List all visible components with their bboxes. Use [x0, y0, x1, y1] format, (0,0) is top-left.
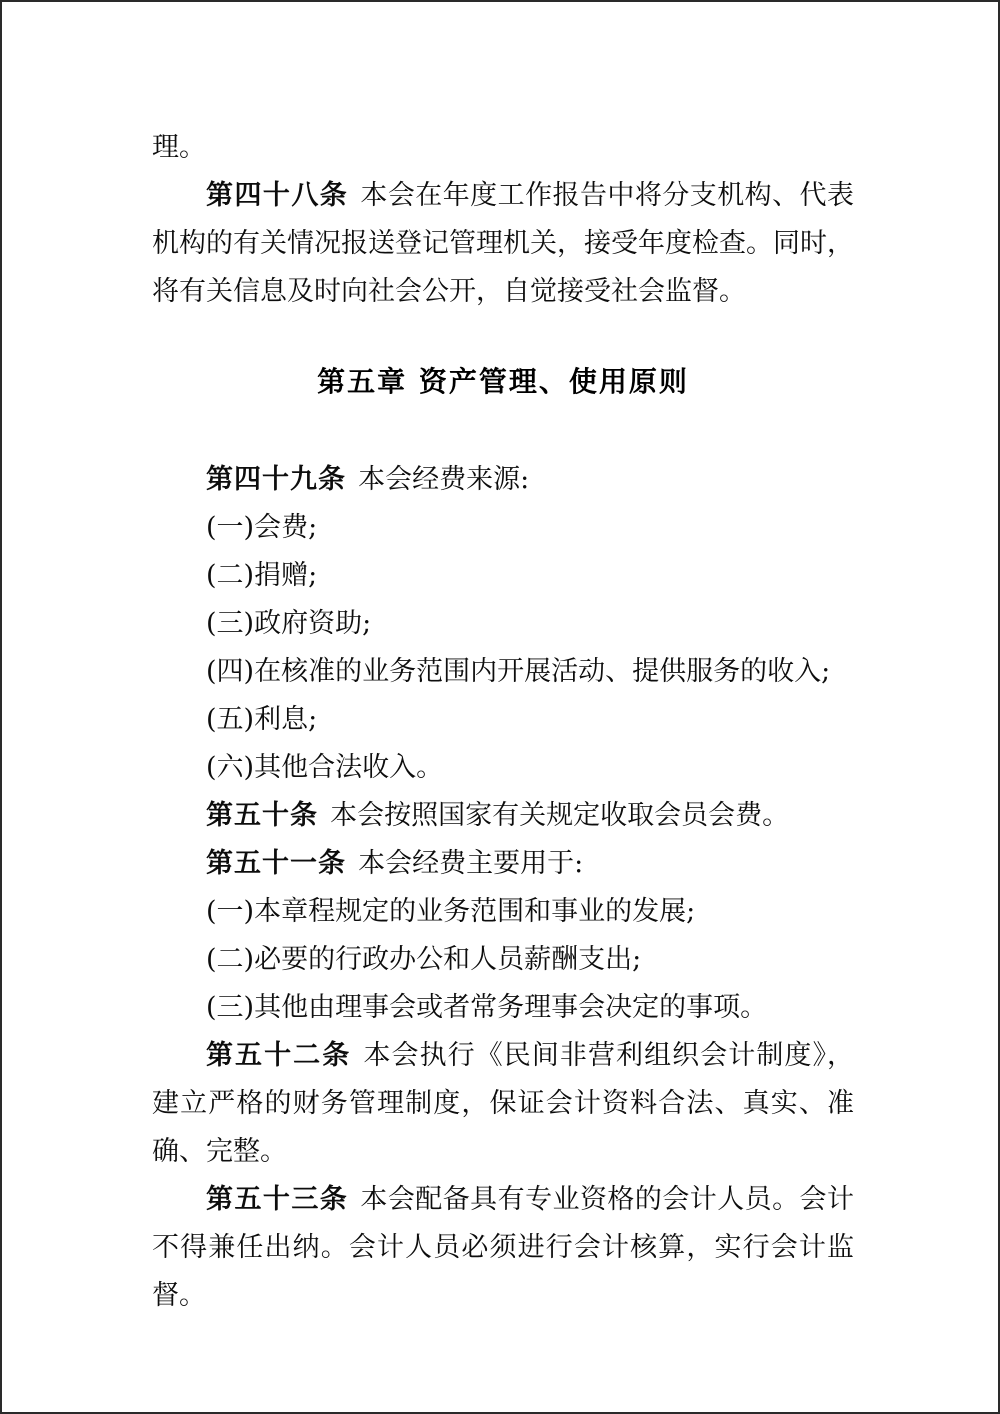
article-51-text: 本会经费主要用于:: [358, 848, 583, 879]
funding-source-item-3: (三)政府资助;: [152, 600, 854, 648]
continuation-text: 理。: [152, 132, 206, 163]
paragraph-continuation: 理。: [152, 124, 854, 172]
article-49-number: 第四十九条: [206, 464, 358, 495]
article-51-number: 第五十一条: [206, 848, 358, 879]
chapter-heading: 第五章 资产管理、使用原则: [152, 358, 854, 406]
paragraph-article-49: 第四十九条本会经费来源:: [152, 456, 854, 504]
article-48-number: 第四十八条: [206, 180, 360, 211]
paragraph-article-53: 第五十三条本会配备具有专业资格的会计人员。会计不得兼任出纳。会计人员必须进行会计…: [152, 1176, 854, 1320]
funding-source-item-1: (一)会费;: [152, 504, 854, 552]
article-50-number: 第五十条: [206, 800, 330, 831]
paragraph-article-50: 第五十条本会按照国家有关规定收取会员会费。: [152, 792, 854, 840]
article-53-number: 第五十三条: [206, 1184, 360, 1215]
paragraph-article-52: 第五十二条本会执行《民间非营利组织会计制度》，建立严格的财务管理制度，保证会计资…: [152, 1032, 854, 1176]
paragraph-article-51: 第五十一条本会经费主要用于:: [152, 840, 854, 888]
funding-source-item-4: (四)在核准的业务范围内开展活动、提供服务的收入;: [152, 648, 854, 696]
funding-source-item-5: (五)利息;: [152, 696, 854, 744]
funding-source-item-6: (六)其他合法收入。: [152, 744, 854, 792]
expense-use-item-3: (三)其他由理事会或者常务理事会决定的事项。: [152, 984, 854, 1032]
funding-source-item-2: (二)捐赠;: [152, 552, 854, 600]
article-49-text: 本会经费来源:: [358, 464, 529, 495]
article-50-text: 本会按照国家有关规定收取会员会费。: [330, 800, 789, 831]
document-page: 理。 第四十八条本会在年度工作报告中将分支机构、代表机构的有关情况报送登记管理机…: [0, 0, 1000, 1414]
paragraph-article-48: 第四十八条本会在年度工作报告中将分支机构、代表机构的有关情况报送登记管理机关，接…: [152, 172, 854, 316]
expense-use-item-1: (一)本章程规定的业务范围和事业的发展;: [152, 888, 854, 936]
expense-use-item-2: (二)必要的行政办公和人员薪酬支出;: [152, 936, 854, 984]
article-52-number: 第五十二条: [206, 1040, 363, 1071]
